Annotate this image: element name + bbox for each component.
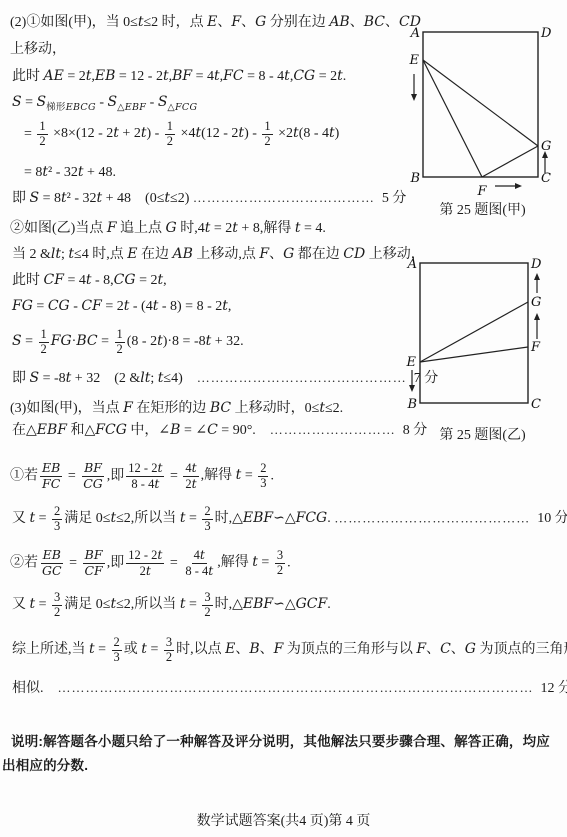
text-line-10: 此时 CF = 4t - 8,CG = 2t,	[12, 270, 167, 291]
text-line-16: ①若EBFC = BFCG,即12 - 2t8 - 4t = 4t2t,解得 t…	[10, 461, 274, 492]
math-text: ×8×(12 - 2t + 2t) -	[50, 126, 163, 141]
fraction: 12 - 2t2t	[126, 548, 164, 579]
text-line-21: 相似. …………………………………………………………………………………………12…	[12, 678, 567, 699]
text-line-15: 在△EBF 和△FCG 中，∠B = ∠C = 90°. ………………………8 …	[12, 420, 427, 441]
vertex-label-D: D	[530, 257, 542, 272]
fraction: BFCG	[81, 461, 105, 492]
math-text: S = S	[12, 95, 46, 110]
text-line-19: 又 t = 32满足 0≤t≤2,所以当 t = 32时,△EBF∽△GCF.	[12, 591, 331, 620]
fraction: 12	[39, 328, 49, 357]
math-text: - S	[96, 95, 117, 110]
math-text: (2)①如图(甲)，当 0≤t≤2 时，点 E、F、G 分别在边 AB、BC、C…	[10, 15, 421, 30]
math-text: 综上所述,当 t =	[12, 642, 110, 657]
math-text: 又 t =	[12, 597, 50, 612]
math-text: .	[270, 468, 274, 483]
fraction: 12	[115, 328, 125, 357]
math-text: = 8t² - 32t + 48.	[24, 165, 116, 180]
math-text: 即 S = -8t + 32 (2 &lt; t≤4)	[12, 371, 197, 386]
fraction: 12	[165, 120, 175, 149]
fraction: 4t2t	[183, 461, 198, 492]
figure-jia-diagram: A D B C E G F	[400, 24, 565, 202]
dotted-leader: ………………………………………	[197, 370, 407, 385]
math-text: .	[287, 555, 291, 570]
math-text: 在△EBF 和△FCG 中，∠B = ∠C = 90°.	[12, 423, 270, 438]
math-text: ①若	[10, 468, 38, 483]
fraction: 32	[164, 636, 174, 665]
math-text: 上移动，	[10, 42, 66, 57]
fraction: 12	[262, 120, 272, 149]
math-text: =	[166, 468, 181, 483]
figure-yi-diagram: A D B C E G F	[400, 253, 565, 415]
page-footer: 数学试题答案(共4 页)第 4 页	[0, 810, 567, 830]
text-line-3: 此时 AE = 2t,EB = 12 - 2t,BF = 4t,FC = 8 -…	[12, 66, 346, 87]
vertex-label-C: C	[541, 171, 551, 186]
math-text: 即 S = 8t² - 32t + 48 (0≤t≤2)	[12, 191, 193, 206]
math-text: =	[66, 555, 81, 570]
dotted-leader: …………………………………	[193, 190, 375, 205]
vertex-label-C: C	[531, 397, 541, 412]
math-text: 当 2 &lt; t≤4 时,点 E 在边 AB 上移动,点 F、G 都在边 C…	[12, 247, 425, 262]
figure-yi-caption: 第 25 题图(乙)	[400, 424, 565, 444]
figure-jia-caption: 第 25 题图(甲)	[400, 199, 565, 219]
fraction: 23	[258, 462, 268, 491]
math-text: - S	[146, 95, 167, 110]
math-text: 相似.	[12, 681, 58, 696]
fraction: 23	[52, 505, 62, 534]
math-text: =	[166, 555, 181, 570]
fraction: 12 - 2t8 - 4t	[126, 461, 164, 492]
text-line-18: ②若EBGC = BFCF,即12 - 2t2t = 4t8 - 4t,解得 t…	[10, 548, 291, 579]
text-line-11: FG = CG - CF = 2t - (4t - 8) = 8 - 2t,	[12, 296, 231, 317]
vertex-label-D: D	[540, 26, 552, 41]
text-line-20: 综上所述,当 t = 23或 t = 32时,以点 E、B、F 为顶点的三角形与…	[12, 636, 567, 665]
math-text: ,解得 t =	[217, 555, 273, 570]
exam-answer-page: (2)①如图(甲)，当 0≤t≤2 时，点 E、F、G 分别在边 AB、BC、C…	[0, 0, 567, 837]
text-line-13: 即 S = -8t + 32 (2 &lt; t≤4) …………………………………	[12, 368, 438, 389]
math-text: =	[64, 468, 79, 483]
math-text: 说明:解答题各小题只给了一种解答及评分说明，其他解法只要步骤合理、解答正确，均应	[11, 734, 550, 749]
fraction: EBFC	[40, 461, 62, 492]
fraction: BFCF	[82, 548, 104, 579]
math-text: 又 t =	[12, 511, 50, 526]
fraction: EBGC	[40, 548, 64, 579]
math-text: ,即	[107, 555, 125, 570]
arrow-down-icon	[411, 74, 417, 101]
point-label-F: F	[530, 340, 541, 355]
fraction: 32	[52, 591, 62, 620]
subscript: △FCG	[167, 103, 197, 113]
fraction: 32	[202, 591, 212, 620]
math-text: ×4t(12 - 2t) -	[177, 126, 260, 141]
fraction: 12	[37, 120, 47, 149]
text-line-5: = 12 ×8×(12 - 2t + 2t) - 12 ×4t(12 - 2t)…	[24, 120, 339, 149]
text-line-2: 上移动，	[10, 40, 66, 60]
math-text: ×2t(8 - 4t)	[275, 126, 340, 141]
text-line-17: 又 t = 23满足 0≤t≤2,所以当 t = 23时,△EBF∽△FCG. …	[12, 505, 567, 534]
dotted-leader: ……………………………………	[334, 510, 530, 525]
text-line-1: (2)①如图(甲)，当 0≤t≤2 时，点 E、F、G 分别在边 AB、BC、C…	[10, 12, 421, 33]
math-text: FG·BC =	[51, 334, 113, 349]
arrow-right-icon	[495, 183, 522, 189]
math-text: FG = CG - CF = 2t - (4t - 8) = 8 - 2t,	[12, 299, 231, 314]
arrow-up-icon	[542, 151, 548, 173]
math-text: ②若	[10, 555, 38, 570]
text-line-6: = 8t² - 32t + 48.	[24, 162, 116, 183]
math-text: (8 - 2t)·8 = -8t + 32.	[127, 334, 244, 349]
math-text: =	[24, 126, 35, 141]
math-text: 满足 0≤t≤2,所以当 t =	[64, 597, 200, 612]
dotted-leader: …………………………………………………………………………………………	[58, 680, 534, 695]
fraction: 23	[202, 505, 212, 534]
figure-yi: A D B C E G F	[400, 253, 565, 415]
subscript: △EBF	[117, 103, 146, 113]
point-label-G: G	[531, 295, 541, 310]
arrow-up-icon	[534, 273, 540, 293]
fraction: 32	[275, 549, 285, 578]
text-line-9: 当 2 &lt; t≤4 时,点 E 在边 AB 上移动,点 F、G 都在边 C…	[12, 244, 425, 265]
figure-jia: A D B C E G F	[400, 24, 565, 202]
math-text: (3)如图(甲)，当点 F 在矩形的边 BC 上移动时，0≤t≤2.	[10, 401, 343, 416]
math-text: 时,△EBF∽△FCG.	[215, 511, 335, 526]
point-label-E: E	[409, 53, 420, 68]
math-text: 此时 CF = 4t - 8,CG = 2t,	[12, 273, 167, 288]
text-line-22: 说明:解答题各小题只给了一种解答及评分说明，其他解法只要步骤合理、解答正确，均应	[11, 732, 550, 752]
math-text: ,即	[107, 468, 125, 483]
text-line-7: 即 S = 8t² - 32t + 48 (0≤t≤2) ………………………………	[12, 188, 406, 209]
math-text: 或 t =	[124, 642, 162, 657]
text-line-12: S = 12FG·BC = 12(8 - 2t)·8 = -8t + 32.	[12, 328, 244, 357]
math-text: ,解得 t =	[201, 468, 257, 483]
arrow-up-icon	[534, 313, 540, 339]
dotted-leader: ………………………	[270, 422, 396, 437]
math-text: 此时 AE = 2t,EB = 12 - 2t,BF = 4t,FC = 8 -…	[12, 69, 346, 84]
math-text: 出相应的分数.	[2, 758, 88, 773]
fraction: 4t8 - 4t	[183, 548, 215, 579]
text-line-4: S = S梯形EBCG - S△EBF - S△FCG	[12, 92, 197, 118]
text-line-8: ②如图(乙)当点 F 追上点 G 时,4t = 2t + 8,解得 t = 4.	[10, 218, 326, 239]
math-text: 满足 0≤t≤2,所以当 t =	[64, 511, 200, 526]
point-label-F: F	[476, 184, 487, 199]
vertex-label-A: A	[407, 257, 417, 272]
arrow-down-icon	[409, 370, 415, 392]
math-text: ②如图(乙)当点 F 追上点 G 时,4t = 2t + 8,解得 t = 4.	[10, 221, 326, 236]
fraction: 23	[112, 636, 122, 665]
score-mark: 12 分	[541, 681, 567, 696]
vertex-label-A: A	[410, 26, 420, 41]
vertex-label-B: B	[409, 171, 420, 186]
math-text: 时,以点 E、B、F 为顶点的三角形与以 F、C、G 为顶点的三角形	[176, 642, 567, 657]
text-line-23: 出相应的分数.	[2, 756, 88, 776]
text-line-14: (3)如图(甲)，当点 F 在矩形的边 BC 上移动时，0≤t≤2.	[10, 398, 343, 419]
score-mark: 10 分	[537, 511, 567, 526]
vertex-label-B: B	[406, 397, 417, 412]
math-text: S =	[12, 334, 37, 349]
point-label-G: G	[541, 139, 551, 154]
subscript: 梯形EBCG	[46, 103, 96, 113]
math-text: 时,△EBF∽△GCF.	[215, 597, 331, 612]
point-label-E: E	[406, 355, 417, 370]
